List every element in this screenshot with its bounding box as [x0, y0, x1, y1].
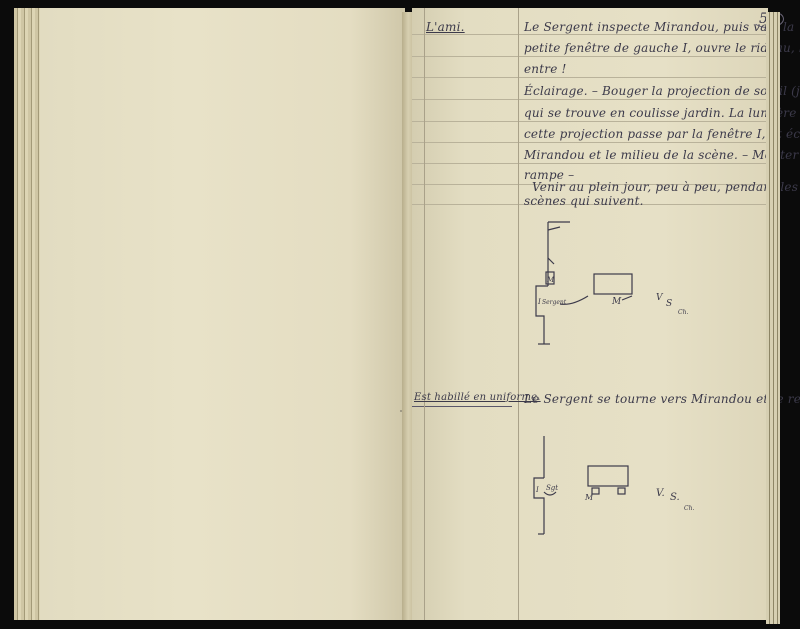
text-line: Venir au plein jour, peu à peu, pendant …: [532, 180, 798, 194]
text-line: Le Sergent inspecte Mirandou, puis va à …: [524, 20, 794, 34]
text-line: Éclairage. – Bouger la projection de sol…: [524, 84, 800, 98]
column-divider: [518, 8, 519, 620]
open-notebook: 51 L'ami. Le Sergent inspecte Mirandou, …: [0, 0, 800, 629]
margin-note-uniforme: Est habillé en uniforme.: [414, 392, 541, 403]
svg-text:V.: V.: [656, 488, 665, 499]
margin-line: [424, 8, 425, 620]
right-page: 51 L'ami. Le Sergent inspecte Mirandou, …: [412, 8, 768, 620]
svg-text:M: M: [611, 297, 622, 307]
text-line: Mirandou et le milieu de la scène. – Mon…: [524, 148, 800, 162]
svg-text:S.: S.: [670, 492, 680, 503]
svg-text:S: S: [666, 299, 672, 309]
text-line: Le Sergent se tourne vers Mirandou et le…: [524, 392, 800, 406]
ruled-line: [412, 99, 768, 100]
text-line: entre !: [524, 62, 567, 76]
text-line: petite fenêtre de gauche I, ouvre le rid…: [524, 41, 800, 55]
stage-diagram-2: I Sgt M V. S. Ch.: [530, 436, 730, 550]
left-page: [40, 8, 405, 620]
ruled-line: [412, 142, 768, 143]
svg-text:M: M: [584, 493, 594, 502]
margin-note-ami: L'ami.: [426, 20, 465, 34]
svg-text:Ch.: Ch.: [678, 309, 688, 316]
ruled-line: [412, 77, 768, 78]
svg-text:V: V: [656, 293, 664, 303]
svg-text:Ch.: Ch.: [684, 505, 694, 512]
text-line: scènes qui suivent.: [524, 194, 644, 208]
svg-text:I: I: [535, 486, 539, 494]
margin-note-rule: [412, 406, 512, 407]
ruled-line: [412, 163, 768, 164]
svg-text:I: I: [537, 298, 541, 306]
svg-text:Sgt: Sgt: [546, 484, 558, 492]
text-line: cette projection passe par la fenêtre I,…: [524, 127, 800, 141]
text-line: qui se trouve en coulisse jardin. La lum…: [524, 106, 800, 120]
svg-text:M: M: [546, 276, 555, 284]
stage-diagram-1: M I Sergent M V S Ch.: [530, 216, 730, 360]
svg-text:Sergent: Sergent: [542, 299, 567, 306]
right-page-edges: [766, 12, 780, 624]
stage-plan-icon: I Sgt M V. S. Ch.: [530, 436, 730, 546]
ruled-line: [412, 56, 768, 57]
stage-plan-icon: M I Sergent M V S Ch.: [530, 216, 730, 356]
ruled-line: [412, 34, 768, 35]
ruled-line: [412, 121, 768, 122]
